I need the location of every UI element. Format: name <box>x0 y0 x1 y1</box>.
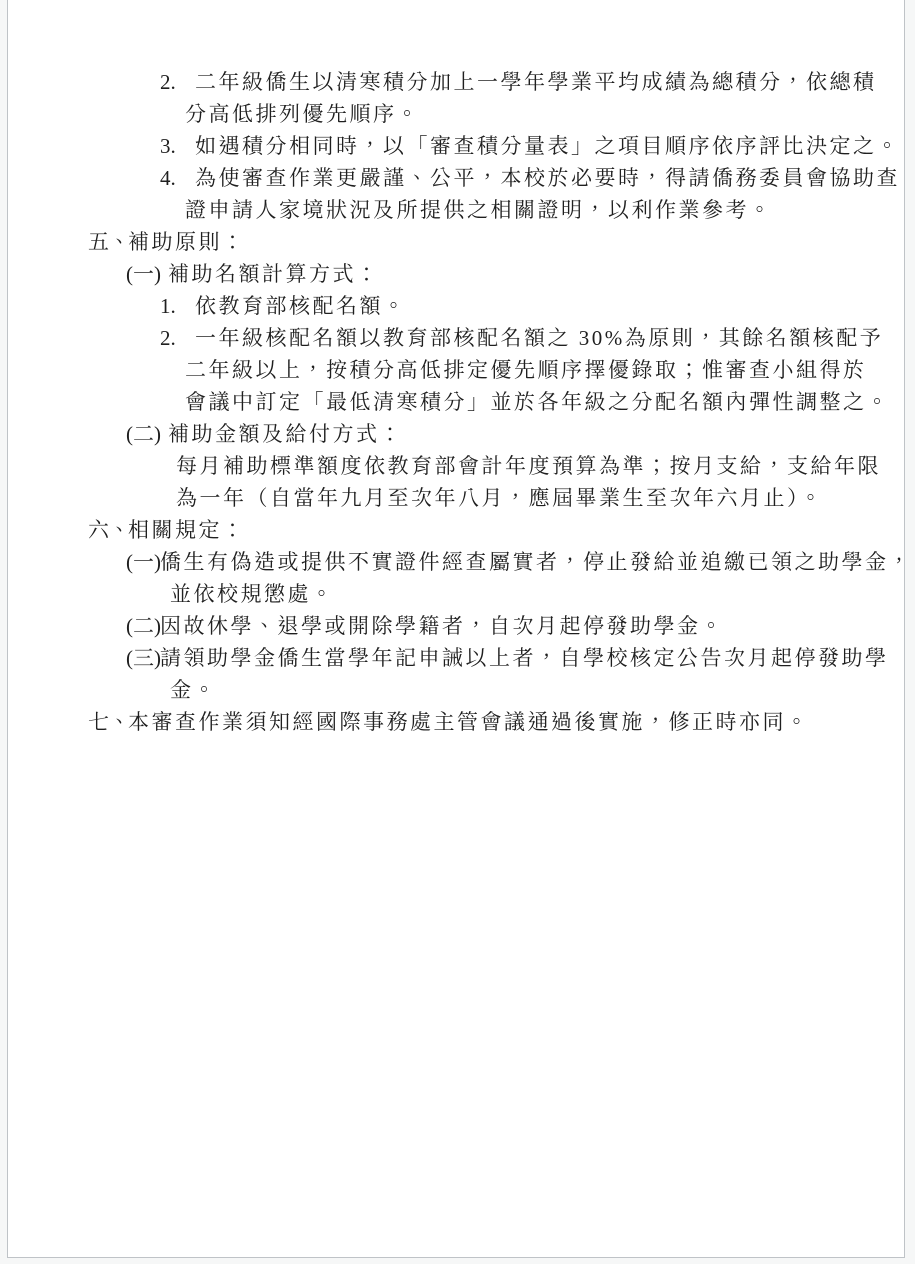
document-body: 2.二年級僑生以清寒積分加上一學年學業平均成績為總積分，依總積分高低排列優先順序… <box>8 0 904 738</box>
document-line: 金。 <box>8 674 904 706</box>
document-line: 1.依教育部核配名額。 <box>8 290 904 322</box>
line-text: 依教育部核配名額。 <box>195 294 407 318</box>
document-line: 六、相關規定： <box>8 514 904 546</box>
line-text: 因故休學、退學或開除學籍者，自次月起停發助學金。 <box>160 614 724 638</box>
document-line: 並依校規懲處。 <box>8 578 904 610</box>
document-line: 五、補助原則： <box>8 226 904 258</box>
line-text: 金。 <box>170 678 217 702</box>
line-text: 相關規定： <box>128 518 246 542</box>
line-marker: (三) <box>126 642 160 674</box>
document-line: 證申請人家境狀況及所提供之相關證明，以利作業參考。 <box>8 194 904 226</box>
line-marker: 2. <box>160 322 185 354</box>
line-text: 二年級以上，按積分高低排定優先順序擇優錄取；惟審查小組得於 <box>185 358 867 382</box>
line-text: 每月補助標準額度依教育部會計年度預算為準；按月支給，支給年限 <box>176 454 881 478</box>
line-text: 補助名額計算方式： <box>168 262 380 286</box>
document-line: (一)補助名額計算方式： <box>8 258 904 290</box>
line-marker: 3. <box>160 130 185 162</box>
line-text: 本審查作業須知經國際事務處主管會議通過後實施，修正時亦同。 <box>128 710 810 734</box>
document-line: (三)請領助學金僑生當學年記申誡以上者，自學校核定公告次月起停發助學 <box>8 642 904 674</box>
line-marker: 五、 <box>88 226 128 258</box>
line-text: 二年級僑生以清寒積分加上一學年學業平均成績為總積分，依總積 <box>195 70 877 94</box>
line-text: 為使審查作業更嚴謹、公平，本校於必要時，得請僑務委員會協助查 <box>195 166 900 190</box>
line-text: 補助金額及給付方式： <box>168 422 403 446</box>
line-text: 一年級核配名額以教育部核配名額之 30%為原則，其餘名額核配予 <box>195 326 883 350</box>
document-line: 4.為使審查作業更嚴謹、公平，本校於必要時，得請僑務委員會協助查 <box>8 162 904 194</box>
line-marker: (二) <box>126 610 160 642</box>
document-line: (一)僑生有偽造或提供不實證件經查屬實者，停止發給並追繳已領之助學金， <box>8 546 904 578</box>
line-text: 證申請人家境狀況及所提供之相關證明，以利作業參考。 <box>185 198 773 222</box>
document-line: 分高低排列優先順序。 <box>8 98 904 130</box>
line-text: 如遇積分相同時，以「審查積分量表」之項目順序依序評比決定之。 <box>195 134 900 158</box>
line-text: 僑生有偽造或提供不實證件經查屬實者，停止發給並追繳已領之助學金， <box>160 550 912 574</box>
line-marker: 2. <box>160 66 185 98</box>
document-line: 會議中訂定「最低清寒積分」並於各年級之分配名額內彈性調整之。 <box>8 386 904 418</box>
document-line: (二)因故休學、退學或開除學籍者，自次月起停發助學金。 <box>8 610 904 642</box>
document-line: 2.一年級核配名額以教育部核配名額之 30%為原則，其餘名額核配予 <box>8 322 904 354</box>
line-marker: 4. <box>160 162 185 194</box>
document-line: 為一年（自當年九月至次年八月，應屆畢業生至次年六月止）。 <box>8 482 904 514</box>
line-marker: (二) <box>126 418 160 450</box>
document-page: 2.二年級僑生以清寒積分加上一學年學業平均成績為總積分，依總積分高低排列優先順序… <box>7 0 905 1258</box>
document-line: (二)補助金額及給付方式： <box>8 418 904 450</box>
line-marker: 1. <box>160 290 185 322</box>
document-line: 3.如遇積分相同時，以「審查積分量表」之項目順序依序評比決定之。 <box>8 130 904 162</box>
line-text: 會議中訂定「最低清寒積分」並於各年級之分配名額內彈性調整之。 <box>185 390 890 414</box>
line-marker: 六、 <box>88 514 128 546</box>
document-line: 每月補助標準額度依教育部會計年度預算為準；按月支給，支給年限 <box>8 450 904 482</box>
line-marker: 七、 <box>88 706 128 738</box>
line-text: 請領助學金僑生當學年記申誡以上者，自學校核定公告次月起停發助學 <box>160 646 889 670</box>
line-text: 為一年（自當年九月至次年八月，應屆畢業生至次年六月止）。 <box>176 486 824 510</box>
line-text: 並依校規懲處。 <box>170 582 335 606</box>
document-line: 2.二年級僑生以清寒積分加上一學年學業平均成績為總積分，依總積 <box>8 66 904 98</box>
document-line: 七、本審查作業須知經國際事務處主管會議通過後實施，修正時亦同。 <box>8 706 904 738</box>
document-line: 二年級以上，按積分高低排定優先順序擇優錄取；惟審查小組得於 <box>8 354 904 386</box>
line-text: 分高低排列優先順序。 <box>185 102 420 126</box>
line-text: 補助原則： <box>128 230 246 254</box>
line-marker: (一) <box>126 546 160 578</box>
line-marker: (一) <box>126 258 160 290</box>
